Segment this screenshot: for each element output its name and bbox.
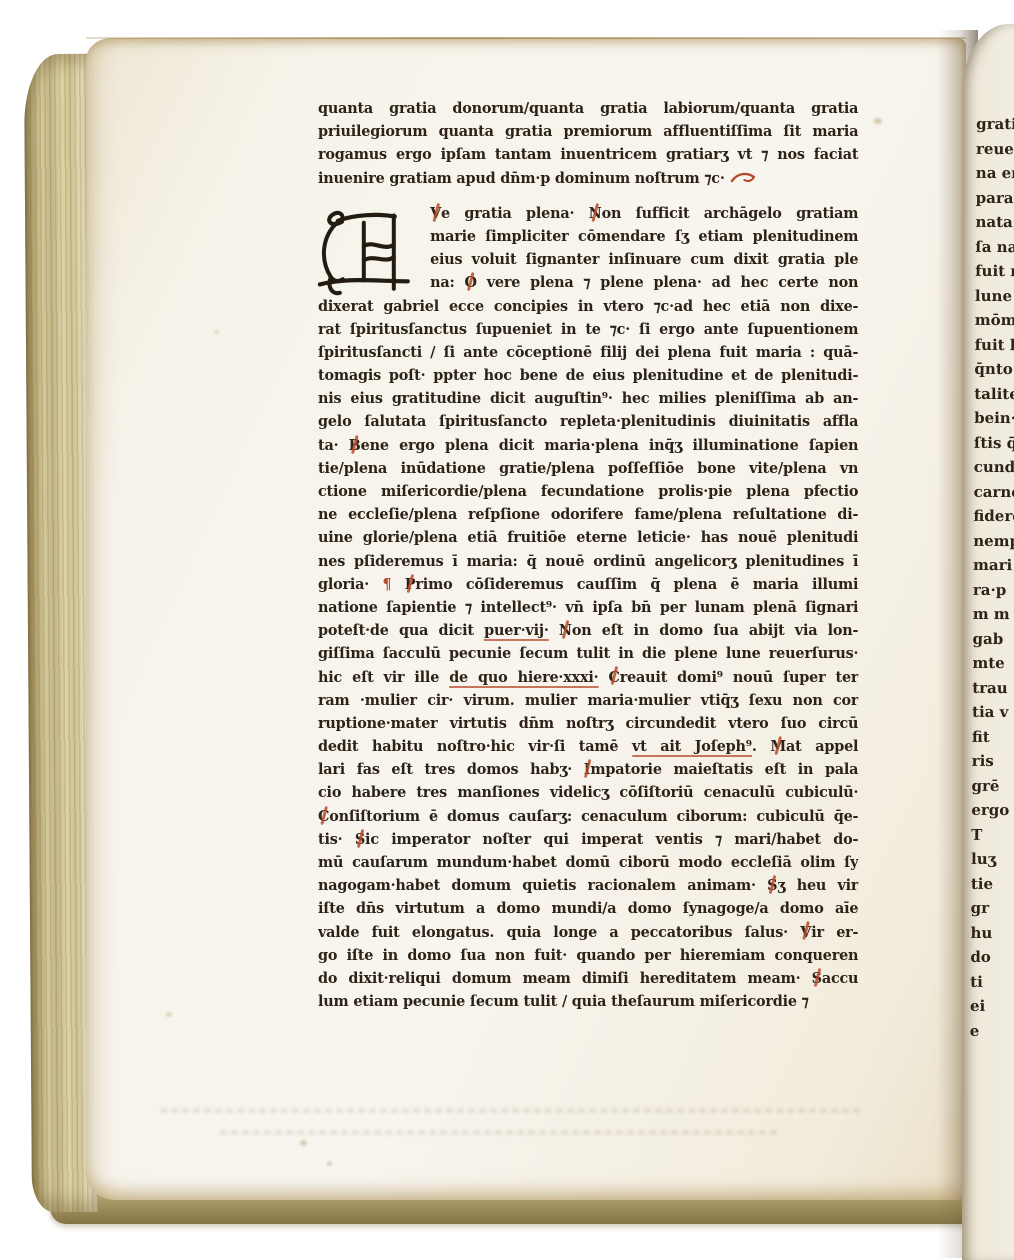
text-line: cio habere tres manſiones videlicʒ cōſiſ… [318, 781, 858, 804]
rubricated-capital: N [559, 619, 572, 642]
facing-page-text-fragments: gratie ſuereuerſus ēna ergo eſparata eſt… [970, 112, 1014, 1043]
rubric-mark: ¶ [382, 575, 404, 593]
text-segment: marie ſimpliciter cōmendare ſʒ etiam ple… [430, 227, 858, 245]
facing-page-fragment: m m [973, 602, 1014, 627]
text-line: tie/plena inūdatione gratie/plena poſſeſ… [318, 457, 858, 480]
facing-page-fragment: fuit lum [975, 332, 1014, 357]
facing-page-fragment: bein· [974, 406, 1014, 431]
text-segment: rat ſpiritusſanctus ſupueniet in te ⁊c· … [318, 320, 858, 338]
text-segment: poteſt·de qua dicit [318, 621, 484, 639]
text-segment: mū cauſarum mundum·habet domū ciborū mod… [318, 853, 858, 871]
text-segment: nagogam·habet domum quietis racionalem a… [318, 876, 767, 894]
facing-page-sliver: gratie ſuereuerſus ēna ergo eſparata eſt… [962, 24, 1014, 1260]
rubricated-capital: B [349, 434, 361, 457]
text-line: rat ſpiritusſanctus ſupueniet in te ⁊c· … [318, 318, 858, 341]
facing-page-fragment: fit [972, 724, 1014, 749]
text-line: gelo ſalutata ſpiritusſancto repleta·ple… [318, 410, 858, 433]
facing-page-fragment: carne [974, 479, 1014, 504]
text-segment: na: [430, 273, 464, 291]
facing-page-fragment: luʒ [971, 847, 1014, 872]
text-segment: ta· [318, 436, 349, 454]
rubricated-capital: S [767, 874, 777, 897]
facing-page-fragment: ris [972, 749, 1014, 774]
text-segment: tomagis poſt· ppter hoc bene de eius ple… [318, 366, 858, 384]
text-segment: ctione miſericordie/plena fecundatione p… [318, 482, 858, 500]
facing-page-fragment: ſa nanq̄ʒ [975, 234, 1014, 259]
facing-page-fragment: ti [970, 969, 1014, 994]
text-line: uine glorie/plena etiā fruitiōe eterne l… [318, 526, 858, 549]
text-segment: uine glorie/plena etiā fruitiōe eterne l… [318, 528, 858, 546]
text-segment: vere plena ⁊ plene plena· ad hec certe n… [477, 273, 858, 291]
text-line: inuenire gratiam apud dn̄m·p dominum noſ… [318, 167, 858, 190]
text-line: natione ſapientie ⁊ intellect⁹· vn̄ ipſa… [318, 596, 858, 619]
text-line: Conſiſtorium ē domus cauſarʒ: cenaculum … [318, 805, 858, 828]
text-line: go iſte in domo ſua non fuit· quando per… [318, 944, 858, 967]
facing-page-fragment: reuerſus ē [976, 136, 1014, 161]
text-segment: ene ergo plena dicit maria·plena inq̄ʒ i… [361, 436, 859, 454]
text-line: ctione miſericordie/plena fecundatione p… [318, 480, 858, 503]
rubricated-capital: P [405, 573, 416, 596]
facing-page-fragment: ergo [971, 798, 1014, 823]
rubricated-capital: S [355, 828, 365, 851]
facing-page-fragment: nemp [973, 528, 1014, 553]
text-segment: natione ſapientie ⁊ intellect⁹· vn̄ ipſa… [318, 598, 858, 616]
text-segment: tis· [318, 830, 355, 848]
text-segment: priuilegiorum quanta gratia premiorum af… [318, 122, 858, 140]
facing-page-fragment: taliter r [974, 381, 1014, 406]
drop-cap-initial-A [314, 202, 421, 298]
facing-page-fragment: gab [972, 626, 1014, 651]
text-line: valde fuit elongatus. quia longe a pecca… [318, 921, 858, 944]
red-underlined-citation: de quo hiere·xxxi· [449, 668, 598, 688]
rubricated-capital: O [464, 271, 476, 294]
text-line: rogamus ergo ipſam tantam inuentricem gr… [318, 143, 858, 166]
facing-page-fragment: mte [972, 651, 1014, 676]
page-top-edge [86, 37, 966, 39]
facing-page-fragment: trau [972, 675, 1014, 700]
facing-page-fragment: gr [971, 896, 1014, 921]
text-line: mū cauſarum mundum·habet domū ciborū mod… [318, 851, 858, 874]
text-segment: inuenire gratiam apud dn̄m·p dominum noſ… [318, 169, 729, 187]
text-segment: ic imperator noſter qui imperat ventis ⁊… [365, 830, 858, 848]
text-segment: gelo ſalutata ſpiritusſancto repleta·ple… [318, 412, 858, 430]
text-line: nis eius gratitudine dicit auguſtin⁹· he… [318, 387, 858, 410]
facing-page-fragment: ſtis q̄ [974, 430, 1014, 455]
text-line: nagogam·habet domum quietis racionalem a… [318, 874, 858, 897]
text-line: gloria· ¶ Primo cōſideremus cauſſim q̄ p… [318, 573, 858, 596]
facing-page-fragment: q̄nto pl [974, 357, 1014, 382]
text-segment: eius voluit ſignanter inſinuare cum dixi… [430, 250, 858, 268]
text-line: marie ſimpliciter cōmendare ſʒ etiam ple… [430, 225, 858, 248]
text-segment: mpatorie maieſtatis eſt in pala [590, 760, 858, 778]
text-line: quanta gratia donorum/quanta gratia labi… [318, 97, 858, 120]
facing-page-fragment: ra·p [973, 577, 1014, 602]
text-segment: on eſt in domo ſua abijt via lon- [572, 621, 858, 639]
facing-page-fragment: gratie ſue [976, 112, 1014, 137]
text-line: nes pſideremus ī maria: q̄ nouē ordinū a… [318, 550, 858, 573]
facing-page-fragment: grē [971, 773, 1014, 798]
text-line: priuilegiorum quanta gratia premiorum af… [318, 120, 858, 143]
text-line: eius voluit ſignanter inſinuare cum dixi… [430, 248, 858, 271]
rubricated-capital: I [584, 758, 591, 781]
facing-page-fragment: ei [970, 994, 1014, 1019]
text-segment: iſte dn̄s virtutum a domo mundi/a domo ſ… [318, 899, 858, 917]
text-line: na: O vere plena ⁊ plene plena· ad hec c… [430, 271, 858, 294]
text-line: giſſima ſacculū pecunie ſecum tulit in d… [318, 642, 858, 665]
text-line: tis· Sic imperator noſter qui imperat ve… [318, 828, 858, 851]
rubricated-capital: C [608, 666, 619, 689]
text-segment [549, 621, 559, 639]
text-segment: gloria· [318, 575, 382, 593]
facing-page-fragment: cunda [974, 455, 1014, 480]
text-line: do dixit·reliqui domum meam dimiſi hered… [318, 967, 858, 990]
rubricated-capital: V [800, 921, 811, 944]
text-segment: valde fuit elongatus. quia longe a pecca… [318, 923, 800, 941]
text-line: lari fas eſt tres domos habʒ· Impatorie … [318, 758, 858, 781]
text-segment: ne eccleſie/plena reſpſione odorifere fa… [318, 505, 858, 523]
text-line: poteſt·de qua dicit puer·vij· Non eſt in… [318, 619, 858, 642]
text-segment: ir er- [811, 923, 858, 941]
rubricated-capital: M [770, 735, 786, 758]
text-segment: go iſte in domo ſua non fuit· quando per… [318, 946, 858, 964]
facing-page-fragment: lune ple [975, 283, 1014, 308]
red-underlined-citation: vt ait Joſeph⁹ [632, 737, 752, 757]
facing-page-fragment: e [970, 1018, 1014, 1043]
text-segment: quanta gratia donorum/quanta gratia labi… [318, 99, 858, 117]
text-line: iſte dn̄s virtutum a domo mundi/a domo ſ… [318, 897, 858, 920]
facing-page-fragment: tie [971, 871, 1014, 896]
text-line: ſpiritusſancti / ſi ante cōceptionē fili… [318, 341, 858, 364]
text-segment: accu [822, 969, 858, 987]
text-segment: . [752, 737, 770, 755]
rubricator-paraph-squiggle [729, 169, 756, 187]
rubricated-capital: S [812, 967, 822, 990]
text-segment: ſpiritusſancti / ſi ante cōceptionē fili… [318, 343, 858, 361]
text-line: ram ·mulier cir· virum. mulier maria·mul… [318, 689, 858, 712]
text-segment: e gratia plena· [441, 204, 589, 222]
text-line: ruptione·mater virtutis dn̄m noſtrʒ circ… [318, 712, 858, 735]
facing-page-fragment: tia v [972, 700, 1014, 725]
facing-page-fragment: T [971, 822, 1014, 847]
text-segment: cio habere tres manſiones videlicʒ cōſiſ… [318, 783, 858, 801]
text-segment: nes pſideremus ī maria: q̄ nouē ordinū a… [318, 552, 858, 570]
text-segment: at appel [786, 737, 858, 755]
text-segment: reauit domi⁹ nouū ſuper ter [620, 668, 859, 686]
text-line: Ve gratia plena· Non ſufficit archāgelo … [430, 202, 858, 225]
red-underlined-citation: puer·vij· [484, 621, 549, 641]
text-segment: tie/plena inūdatione gratie/plena poſſeſ… [318, 459, 858, 477]
facing-page-fragment: nata ē·v [975, 210, 1014, 235]
text-line: lum etiam pecunie ſecum tulit / quia the… [318, 990, 858, 1013]
text-line: tomagis poſt· ppter hoc bene de eius ple… [318, 364, 858, 387]
facing-page-fragment: hu [970, 920, 1014, 945]
rubricated-capital: N [589, 202, 602, 225]
rubricated-capital: V [430, 202, 441, 225]
text-line: ne eccleſie/plena reſpſione odorifere fa… [318, 503, 858, 526]
text-segment: hic eſt vir ille [318, 668, 449, 686]
text-segment: dedit habitu noſtro·hic vir·ſi tamē [318, 737, 632, 755]
text-segment: rimo cōſideremus cauſſim q̄ plena ē mari… [415, 575, 858, 593]
text-segment: ruptione·mater virtutis dn̄m noſtrʒ circ… [318, 714, 858, 732]
text-segment: rogamus ergo ipſam tantam inuentricem gr… [318, 145, 858, 163]
text-segment [598, 668, 608, 686]
text-segment: lum etiam pecunie ſecum tulit / quia the… [318, 992, 809, 1010]
text-segment: ʒ heu vir [777, 876, 858, 894]
text-segment: onſiſtorium ē domus cauſarʒ: cenaculum c… [329, 807, 858, 825]
rubricated-capital: C [318, 805, 329, 828]
text-segment: dixerat gabriel ecce concipies in vtero … [318, 297, 858, 315]
text-line: ta· Bene ergo plena dicit maria·plena in… [318, 434, 858, 457]
text-segment: giſſima ſacculū pecunie ſecum tulit in d… [318, 644, 858, 662]
text-segment: on ſufficit archāgelo gratiam [602, 204, 859, 222]
facing-page-fragment: do [970, 945, 1014, 970]
text-line: hic eſt vir ille de quo hiere·xxxi· Crea… [318, 666, 858, 689]
text-segment: nis eius gratitudine dicit auguſtin⁹· he… [318, 389, 858, 407]
text-segment: ram ·mulier cir· virum. mulier maria·mul… [318, 691, 858, 709]
facing-page-fragment: mari [973, 553, 1014, 578]
text-segment: lari fas eſt tres domos habʒ· [318, 760, 584, 778]
facing-page-fragment: fidere [973, 504, 1014, 529]
facing-page-fragment: fuit mū [975, 259, 1014, 284]
text-line: dedit habitu noſtro·hic vir·ſi tamē vt a… [318, 735, 858, 758]
text-block: quanta gratia donorum/quanta gratia labi… [318, 97, 858, 1013]
facing-page-fragment: mōm· [975, 308, 1014, 333]
facing-page-fragment: na ergo eſ [976, 161, 1014, 186]
text-segment: do dixit·reliqui domum meam dimiſi hered… [318, 969, 812, 987]
facing-page-fragment: parata eſt [976, 185, 1014, 210]
